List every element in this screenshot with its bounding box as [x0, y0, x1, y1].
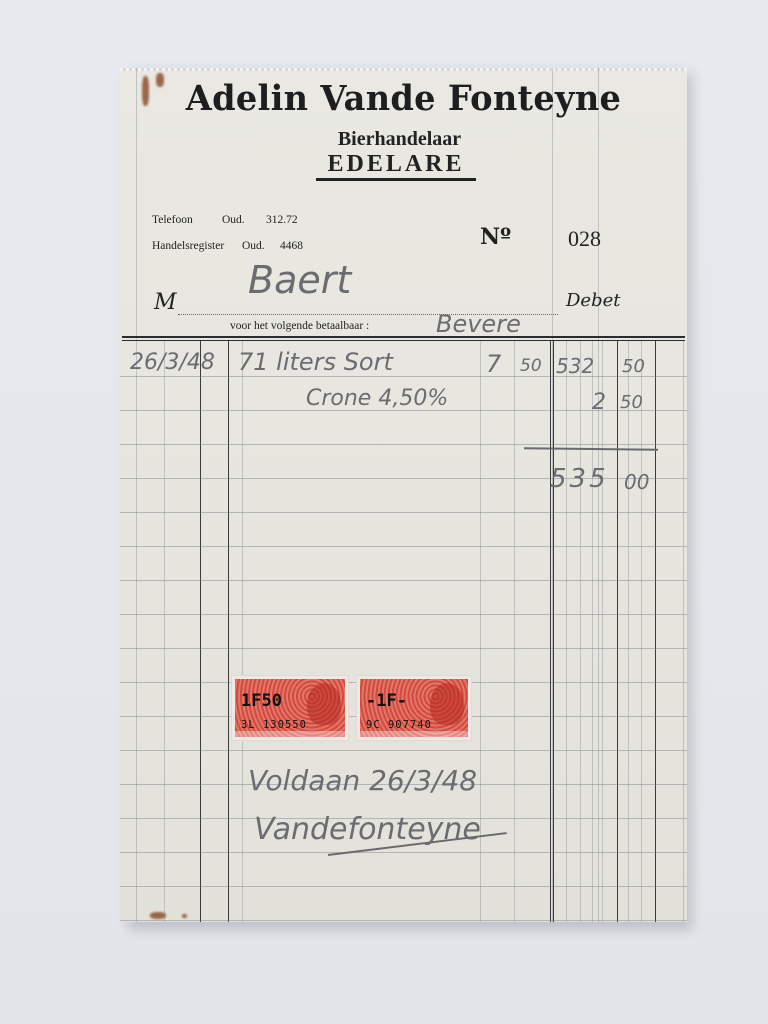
line-amount: 532 — [556, 354, 594, 378]
debet-label: Debet — [566, 290, 621, 311]
invoice-number: 028 — [568, 226, 601, 252]
portrait-icon — [307, 683, 341, 725]
customer-name: Baert — [248, 258, 351, 302]
stamp-serial: 3L 130550 — [241, 719, 307, 731]
line-amount-cents: 50 — [620, 392, 643, 413]
merchant-town: EDELARE — [316, 150, 476, 181]
register-label: Handelsregister — [152, 240, 224, 252]
signature: Vandefonteyne — [254, 812, 481, 847]
line-unit-price: 7 — [486, 350, 501, 378]
perforated-edge — [120, 68, 687, 71]
paid-note: Voldaan 26/3/48 — [248, 764, 477, 797]
total-amount: 535 — [550, 464, 609, 494]
phone-number: 312.72 — [266, 214, 298, 226]
stamp-value: 1F50 — [241, 691, 282, 711]
line-amount: 2 — [592, 390, 606, 415]
merchant-trade: Bierhandelaar — [120, 128, 683, 151]
line-unit-price-cents: 50 — [520, 356, 542, 376]
register-area: Oud. — [242, 240, 265, 252]
register-number: 4468 — [280, 240, 303, 252]
line-description: 71 liters Sort — [238, 348, 393, 376]
phone-area: Oud. — [222, 214, 245, 226]
revenue-stamp: 1F50 3L 130550 — [232, 676, 348, 740]
line-date: 26/3/48 — [130, 350, 215, 375]
customer-place: Bevere — [436, 310, 521, 338]
payable-label: voor het volgende betaalbaar : — [230, 320, 369, 332]
line-amount-cents: 50 — [622, 356, 645, 377]
revenue-stamp: -1F- 9C 907740 — [357, 676, 471, 740]
merchant-name: Adelin Vande Fonteyne — [131, 78, 675, 119]
total-cents: 00 — [624, 470, 649, 494]
salutation: M — [154, 290, 177, 315]
invoice-paper: Adelin Vande Fonteyne Bierhandelaar EDEL… — [120, 68, 687, 922]
portrait-icon — [430, 683, 464, 725]
stamp-value: -1F- — [366, 691, 407, 711]
stamp-serial: 9C 907740 — [366, 719, 432, 731]
header-rule — [122, 336, 685, 338]
phone-label: Telefoon — [152, 214, 193, 226]
line-description: Crone 4,50% — [306, 386, 448, 411]
header-rule — [122, 340, 685, 341]
invoice-number-label: Nº — [480, 224, 511, 250]
